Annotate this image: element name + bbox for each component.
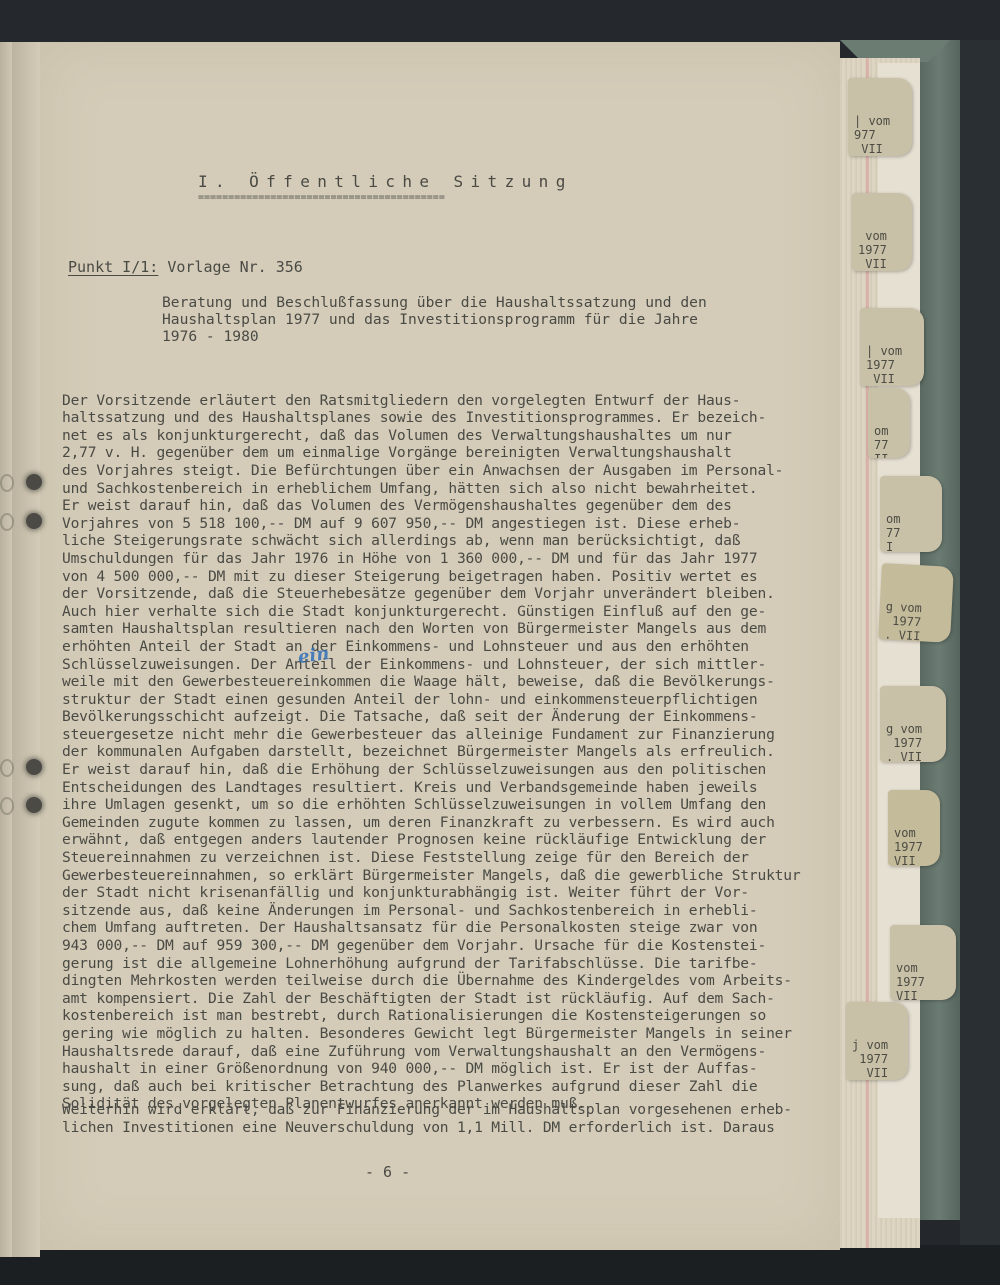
text-line: Weiterhin wird erklärt, daß zur Finanzie… — [62, 1101, 792, 1119]
punch-hole-ghost-icon — [0, 797, 14, 815]
tab-line: VII — [858, 257, 908, 271]
index-tab[interactable]: om77II — [868, 388, 910, 458]
subject-line: Beratung und Beschlußfassung über die Ha… — [162, 294, 707, 311]
text-line: Auch hier verhalte sich die Stadt konjun… — [62, 603, 800, 621]
text-line: der Stadt nicht krisenanfällig und konju… — [62, 884, 800, 902]
text-line: net es als konjunkturgerecht, daß das Vo… — [62, 427, 800, 445]
index-tab[interactable]: g vom 1977. VII — [878, 563, 954, 643]
index-tab[interactable]: g vom 1977. VII — [880, 686, 946, 762]
tab-line: VII — [866, 372, 920, 386]
text-line: kostenbereich ist man bestrebt, durch Ra… — [62, 1007, 800, 1025]
text-line: lichen Investitionen eine Neuverschuldun… — [62, 1119, 792, 1137]
text-line: 2,77 v. H. gegenüber dem um einmalige Vo… — [62, 444, 800, 462]
text-line: sung, daß auch bei kritischer Betrachtun… — [62, 1078, 800, 1096]
agenda-subject: Beratung und Beschlußfassung über die Ha… — [162, 294, 707, 345]
text-line: des Vorjahres steigt. Die Befürchtungen … — [62, 462, 800, 480]
index-tab[interactable]: | vom1977 VII — [860, 308, 924, 386]
tab-line: 1977 — [866, 358, 920, 372]
agenda-item-label: Punkt I/1: — [68, 258, 158, 276]
text-line: amt kompensiert. Die Zahl der Beschäftig… — [62, 990, 800, 1008]
text-line: Gewerbesteuereinnahmen, so erklärt Bürge… — [62, 867, 800, 885]
text-line: Er weist darauf hin, daß das Volumen des… — [62, 497, 800, 515]
vorlage-number: Vorlage Nr. 356 — [167, 258, 302, 276]
text-line: samten Haushaltsplan resultieren nach de… — [62, 620, 800, 638]
text-line: dingten Mehrkosten werden teilweise durc… — [62, 972, 800, 990]
text-line: von 4 500 000,-- DM mit zu dieser Steige… — [62, 568, 800, 586]
index-tab[interactable]: om77I — [880, 476, 942, 552]
tab-line: VII — [894, 854, 936, 866]
text-line: Er weist darauf hin, daß die Erhöhung de… — [62, 761, 800, 779]
tab-line: 1977 — [886, 736, 942, 750]
text-line: Haushaltsrede darauf, daß eine Zuführung… — [62, 1043, 800, 1061]
punch-hole-icon — [26, 797, 42, 813]
tab-line: g vom — [886, 722, 942, 736]
text-line: struktur der Stadt einen gesunden Anteil… — [62, 691, 800, 709]
text-line: und Sachkostenbereich in erheblichem Umf… — [62, 480, 800, 498]
tab-line: . VII — [886, 750, 942, 762]
text-line: chem Umfang auftreten. Der Haushaltsansa… — [62, 919, 800, 937]
text-line: der kommunalen Aufgaben darstellt, bezei… — [62, 743, 800, 761]
binder-cover-top — [0, 0, 1000, 42]
text-line: Bevölkerungsschicht aufzeigt. Die Tatsac… — [62, 708, 800, 726]
subject-line: 1976 - 1980 — [162, 328, 707, 345]
punch-hole-icon — [26, 513, 42, 529]
previous-page-edge — [0, 42, 12, 1257]
text-line: sitzende aus, daß keine Änderungen im Pe… — [62, 902, 800, 920]
index-tab[interactable]: | vom977 VII — [848, 78, 912, 156]
handwritten-correction: ein — [297, 643, 331, 668]
punch-hole-ghost-icon — [0, 474, 14, 492]
tab-line: | vom — [866, 344, 920, 358]
tab-line: | vom — [854, 114, 908, 128]
text-line: Schlüsselzuweisungen. Der Anteil der Ein… — [62, 656, 800, 674]
index-tab[interactable]: vom1977 VII — [852, 193, 912, 271]
text-line: gering wie möglich zu halten. Besonderes… — [62, 1025, 800, 1043]
tab-line: om — [874, 424, 906, 438]
binder-spine-dark — [960, 40, 1000, 1250]
tab-line: 977 — [854, 128, 908, 142]
tab-line: vom — [858, 229, 908, 243]
text-line: Steuereinnahmen zu verzeichnen ist. Dies… — [62, 849, 800, 867]
text-line: liche Steigerungsrate schwächt sich alle… — [62, 532, 800, 550]
index-tab[interactable]: vom1977VII — [888, 790, 940, 866]
tab-line: 77 — [886, 526, 938, 540]
text-line: haltssatzung und des Haushaltsplanes sow… — [62, 409, 800, 427]
punch-hole-icon — [26, 759, 42, 775]
binder-cover-bottom — [0, 1245, 1000, 1285]
text-line: erwähnt, daß entgegen anders lautender P… — [62, 831, 800, 849]
index-tab[interactable]: vom1977VII — [890, 925, 956, 1000]
tab-line: 1977 — [896, 975, 952, 989]
text-line: 943 000,-- DM auf 959 300,-- DM gegenübe… — [62, 937, 800, 955]
subject-line: Haushaltsplan 1977 und das Investitionsp… — [162, 311, 707, 328]
text-line: der Vorsitzende, daß die Steuerhebesätze… — [62, 585, 800, 603]
tab-line: 77 — [874, 438, 906, 452]
tab-line: I — [886, 540, 938, 552]
text-line: haushalt in einer Größenordnung von 940 … — [62, 1060, 800, 1078]
body-paragraph-2: Weiterhin wird erklärt, daß zur Finanzie… — [62, 1101, 792, 1136]
body-paragraph-1: Der Vorsitzende erläutert den Ratsmitgli… — [62, 374, 800, 1131]
text-line: Entscheidungen des Landtages resultiert.… — [62, 779, 800, 797]
tab-line: vom — [894, 826, 936, 840]
index-tab[interactable]: j vom 1977 VII — [846, 1002, 908, 1080]
punch-hole-icon — [26, 474, 42, 490]
text-line: Der Vorsitzende erläutert den Ratsmitgli… — [62, 392, 800, 410]
tab-line: vom — [896, 961, 952, 975]
text-line: Vorjahres von 5 518 100,-- DM auf 9 607 … — [62, 515, 800, 533]
tab-line: 1977 — [894, 840, 936, 854]
text-line: ihre Umlagen gesenkt, um so die erhöhten… — [62, 796, 800, 814]
text-line: Gemeinden zugute kommen zu lassen, um de… — [62, 814, 800, 832]
text-line: weile mit den Gewerbesteuereinkommen die… — [62, 673, 800, 691]
text-line: Umschuldungen für das Jahr 1976 in Höhe … — [62, 550, 800, 568]
agenda-item: Punkt I/1: Vorlage Nr. 356 — [68, 258, 303, 276]
text-line: gerung ist die allgemeine Lohnerhöhung a… — [62, 955, 800, 973]
section-heading: I. Öffentliche Sitzung — [198, 172, 573, 191]
punch-hole-ghost-icon — [0, 513, 14, 531]
section-heading-underline: ========================================… — [198, 193, 445, 203]
tab-line: VII — [854, 142, 908, 156]
text-line: steuergesetze nicht mehr die Gewerbesteu… — [62, 726, 800, 744]
tab-line: j vom — [852, 1038, 904, 1052]
tab-line: 1977 — [852, 1052, 904, 1066]
page-number: - 6 - — [365, 1163, 410, 1181]
text-line: erhöhten Anteil der Stadt an der Einkomm… — [62, 638, 800, 656]
tab-line: VII — [852, 1066, 904, 1080]
tab-line: VII — [896, 989, 952, 1000]
page-gutter — [12, 42, 40, 1257]
punch-hole-ghost-icon — [0, 759, 14, 777]
tab-line: om — [886, 512, 938, 526]
tab-line: 1977 — [858, 243, 908, 257]
